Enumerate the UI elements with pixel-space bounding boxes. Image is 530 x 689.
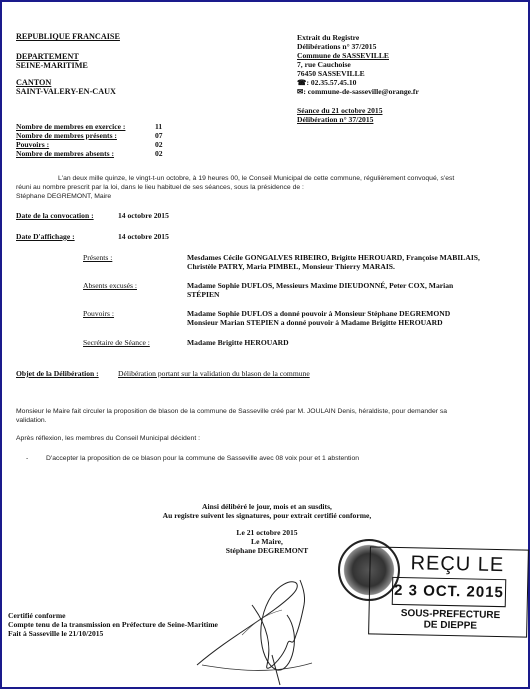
email-line: ✉: commune-de-sasseville@orange.fr	[297, 87, 419, 97]
secretaire-label: Secrétaire de Séance :	[83, 338, 150, 348]
telephone-icon: ☎: 02.35.57.45.10	[297, 78, 356, 87]
members-absents-label: Nombre de membres absents :	[16, 149, 114, 159]
certification-line-3: Fait à Sasseville le 21/10/2015	[8, 629, 103, 639]
secretaire-label-text: Secrétaire de Séance :	[83, 338, 150, 347]
stamp-date: 2 3 OCT. 2015	[392, 577, 507, 607]
intro-line-3: Stéphane DEGREMONT, Maire	[16, 192, 111, 202]
absents-line-2: STÉPIEN	[187, 290, 220, 300]
body-para-1-line-2: validation.	[16, 416, 47, 426]
absents-line-1: Madame Sophie DUFLOS, Messieurs Maxime D…	[187, 281, 453, 291]
objet-value: Délibération portant sur la validation d…	[118, 369, 310, 379]
absents-label: Absents excusés :	[83, 281, 137, 291]
affichage-date-label: Date D'affichage :	[16, 232, 75, 242]
convocation-date-value: 14 octobre 2015	[118, 211, 169, 221]
departement-value: SEINE-MARITIME	[16, 61, 88, 71]
envelope-icon: ✉: commune-de-sasseville@orange.fr	[297, 87, 419, 96]
received-stamp: REÇU LE 2 3 OCT. 2015 SOUS-PREFECTURE DE…	[368, 546, 529, 637]
pouvoirs-line-2: Monsieur Marian STEPIEN a donné pouvoir …	[187, 318, 443, 328]
presents-line-2: Christèle PATRY, Maria PIMBEL, Monsieur …	[187, 262, 395, 272]
body-para-1-line-1: Monsieur le Maire fait circuler la propo…	[16, 407, 447, 417]
secretaire-value: Madame Brigitte HEROUARD	[187, 338, 289, 348]
mayor-signature	[192, 575, 332, 687]
stamp-office: SOUS-PREFECTURE DE DIEPPE	[395, 608, 505, 632]
deliberation-number: Délibération n° 37/2015	[297, 115, 373, 125]
objet-label: Objet de la Délibération :	[16, 369, 99, 379]
members-absents-value: 02	[155, 149, 163, 159]
closing-line-2: Au registre suivent les signatures, pour…	[2, 511, 530, 521]
affichage-date-value: 14 octobre 2015	[118, 232, 169, 242]
republic-heading: REPUBLIQUE FRANCAISE	[16, 32, 120, 42]
convocation-date-label: Date de la convocation :	[16, 211, 94, 221]
body-para-2: Après réflexion, les membres du Conseil …	[16, 434, 200, 444]
stamp-title: REÇU LE	[410, 552, 504, 577]
decision-bullet: -	[26, 454, 28, 464]
stamp-office-line-2: DE DIEPPE	[395, 619, 505, 632]
document-page: REPUBLIQUE FRANCAISE DEPARTEMENT SEINE-M…	[0, 0, 530, 689]
canton-value: SAINT-VALERY-EN-CAUX	[16, 87, 116, 97]
presents-label: Présents :	[83, 253, 112, 263]
decision-text: D'accepter la proposition de ce blason p…	[46, 454, 359, 464]
pouvoirs-list-label: Pouvoirs :	[83, 309, 114, 319]
